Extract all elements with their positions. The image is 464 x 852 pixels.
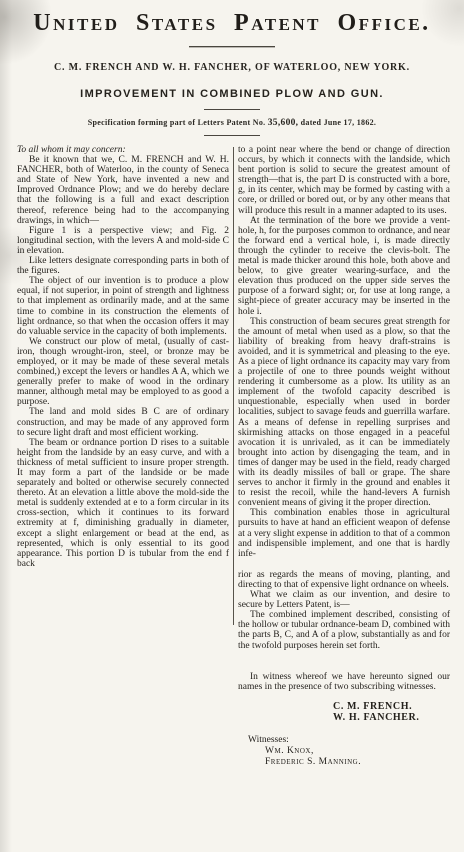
page-title: United States Patent Office.	[0, 10, 464, 37]
inventors-line: C. M. FRENCH AND W. H. FANCHER, OF WATER…	[0, 62, 464, 73]
paragraph-combination: This combination enables those in agricu…	[238, 508, 450, 558]
paragraph-land-mold-sides: The land and mold sides B C are of ordin…	[17, 407, 229, 437]
paragraph-beam: The beam or ordnance portion D rises to …	[17, 438, 229, 569]
horizontal-rule	[189, 46, 275, 47]
paragraph-witness-statement: In witness whereof we have hereunto sign…	[238, 672, 450, 692]
signature-french: C. M. FRENCH.	[333, 701, 450, 713]
paragraph-claim-intro: What we claim as our invention, and desi…	[238, 590, 450, 610]
spec-suffix: dated June 17, 1862.	[298, 118, 376, 127]
patent-number: 35,600,	[268, 118, 299, 128]
horizontal-rule	[204, 109, 260, 110]
invention-title: IMPROVEMENT IN COMBINED PLOW AND GUN.	[0, 88, 464, 100]
paragraph-vent-hole: At the termination of the bore we provid…	[238, 216, 450, 317]
paragraph-construction: We construct our plow of metal, (usually…	[17, 337, 229, 408]
witness-manning: Frederic S. Manning.	[238, 757, 450, 768]
paragraph-figures: Figure 1 is a perspective view; and Fig.…	[17, 226, 229, 256]
left-column: To all whom it may concern: Be it known …	[17, 145, 229, 569]
paragraph-combination-continued: rior as regards the means of moving, pla…	[238, 570, 450, 590]
text-columns: To all whom it may concern: Be it known …	[0, 136, 464, 768]
paragraph-claim: The combined implement described, consis…	[238, 610, 450, 650]
paragraph-object: The object of our invention is to produc…	[17, 276, 229, 337]
witnesses-block: Witnesses: Wm. Knox, Frederic S. Manning…	[238, 735, 450, 768]
salutation: To all whom it may concern:	[17, 145, 229, 155]
paragraph-beam-continued: to a point near where the bend or change…	[238, 145, 450, 216]
paragraph-preamble: Be it known that we, C. M. FRENCH and W.…	[17, 155, 229, 226]
right-column: to a point near where the bend or change…	[238, 145, 450, 768]
paragraph-letters: Like letters designate corresponding par…	[17, 256, 229, 276]
spec-prefix: Specification forming part of Letters Pa…	[88, 118, 268, 127]
witnesses-label: Witnesses:	[238, 735, 450, 746]
witness-knox: Wm. Knox,	[238, 746, 450, 757]
specification-line: Specification forming part of Letters Pa…	[0, 118, 464, 128]
patent-document-page: United States Patent Office. C. M. FRENC…	[0, 0, 464, 852]
column-divider	[233, 147, 234, 625]
paragraph-utility: This construction of beam secures great …	[238, 317, 450, 509]
signature-block: C. M. FRENCH. W. H. FANCHER.	[238, 701, 450, 724]
signature-fancher: W. H. FANCHER.	[333, 712, 450, 724]
